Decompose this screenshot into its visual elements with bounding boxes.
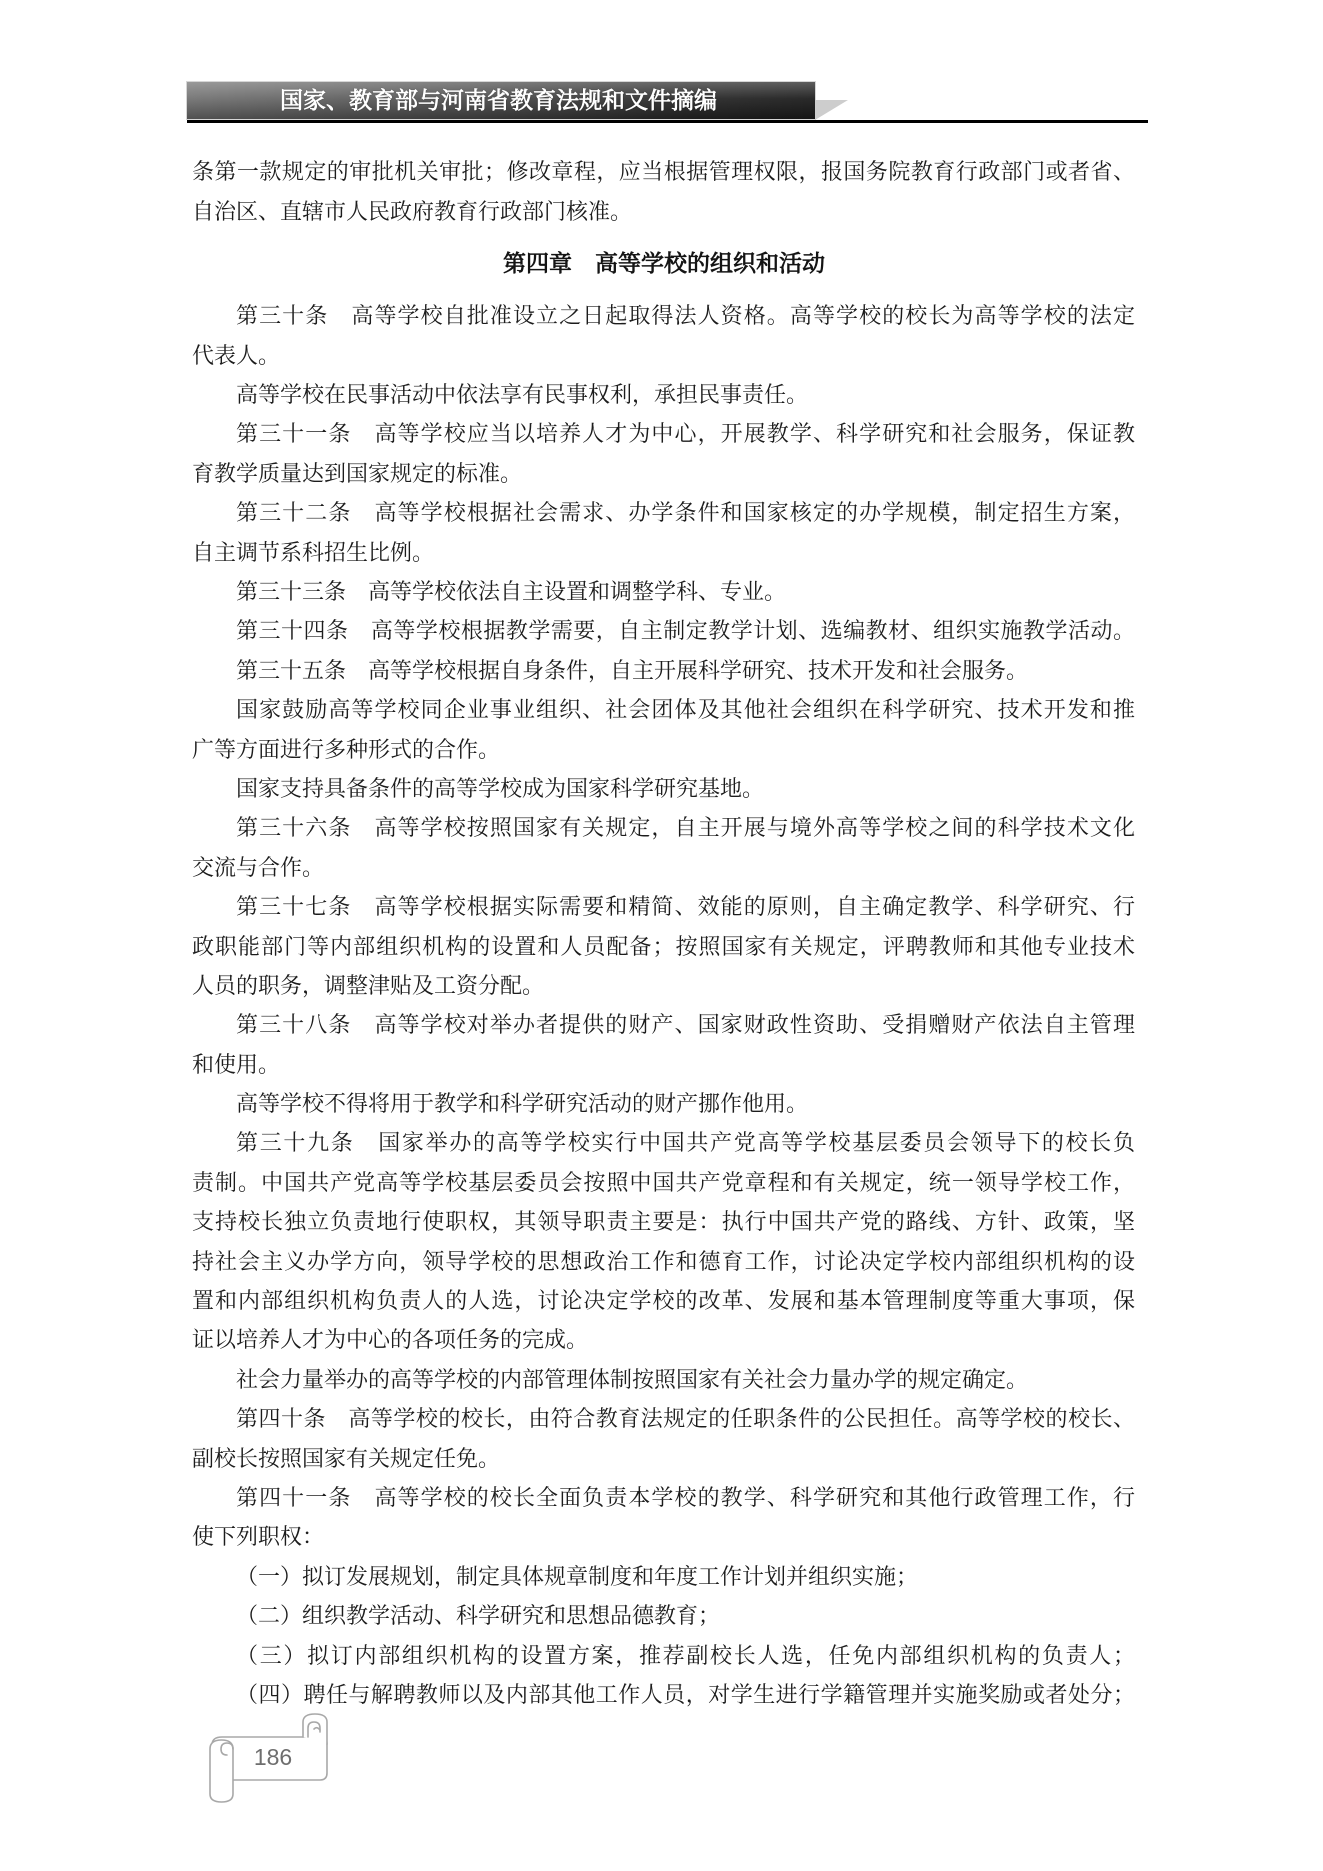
paragraph-continuation: 条第一款规定的审批机关审批；修改章程，应当根据管理权限，报国务院教育行政部门或者… [192, 153, 1135, 232]
paragraph-article-41: 第四十一条 高等学校的校长全面负责本学校的教学、科学研究和其他行政管理工作，行 … [192, 1479, 1135, 1558]
header-fold-decoration [815, 100, 849, 121]
paragraph-article-37: 第三十七条 高等学校根据实际需要和精简、效能的原则，自主确定教学、科学研究、行 … [192, 888, 1135, 1006]
text-line: 证以培养人才为中心的各项任务的完成。 [192, 1321, 1135, 1360]
text-line: 育教学质量达到国家规定的标准。 [192, 455, 1135, 494]
text-line: 人员的职务，调整津贴及工资分配。 [192, 967, 1135, 1006]
paragraph-article-38: 第三十八条 高等学校对举办者提供的财产、国家财政性资助、受捐赠财产依法自主管理 … [192, 1006, 1135, 1085]
list-item: （二）组织教学活动、科学研究和思想品德教育； [192, 1597, 1135, 1636]
text-line: 第三十二条 高等学校根据社会需求、办学条件和国家核定的办学规模，制定招生方案， [192, 494, 1135, 533]
paragraph-article-34: 第三十四条 高等学校根据教学需要，自主制定教学计划、选编教材、组织实施教学活动。 [192, 612, 1135, 651]
list-item: （一）拟订发展规划，制定具体规章制度和年度工作计划并组织实施； [192, 1558, 1135, 1597]
text-line: 第三十四条 高等学校根据教学需要，自主制定教学计划、选编教材、组织实施教学活动。 [192, 612, 1135, 651]
paragraph: 国家支持具备条件的高等学校成为国家科学研究基地。 [192, 770, 1135, 809]
paragraph-article-33: 第三十三条 高等学校依法自主设置和调整学科、专业。 [192, 573, 1135, 612]
chapter-heading: 第四章 高等学校的组织和活动 [192, 232, 1135, 297]
paragraph: 高等学校不得将用于教学和科学研究活动的财产挪作他用。 [192, 1085, 1135, 1124]
paragraph-article-32: 第三十二条 高等学校根据社会需求、办学条件和国家核定的办学规模，制定招生方案， … [192, 494, 1135, 573]
paragraph-article-35: 第三十五条 高等学校根据自身条件，自主开展科学研究、技术开发和社会服务。 [192, 652, 1135, 691]
page-number: 186 [233, 1740, 313, 1774]
text-line: 第三十五条 高等学校根据自身条件，自主开展科学研究、技术开发和社会服务。 [192, 652, 1135, 691]
text-line: 第三十三条 高等学校依法自主设置和调整学科、专业。 [192, 573, 1135, 612]
text-line: 第四十一条 高等学校的校长全面负责本学校的教学、科学研究和其他行政管理工作，行 [192, 1479, 1135, 1518]
paragraph: 社会力量举办的高等学校的内部管理体制按照国家有关社会力量办学的规定确定。 [192, 1361, 1135, 1400]
text-line: 第三十六条 高等学校按照国家有关规定，自主开展与境外高等学校之间的科学技术文化 [192, 809, 1135, 848]
text-line: 国家支持具备条件的高等学校成为国家科学研究基地。 [192, 770, 1135, 809]
text-line: 国家鼓励高等学校同企业事业组织、社会团体及其他社会组织在科学研究、技术开发和推 [192, 691, 1135, 730]
paragraph-article-39: 第三十九条 国家举办的高等学校实行中国共产党高等学校基层委员会领导下的校长负 责… [192, 1124, 1135, 1360]
text-line: 交流与合作。 [192, 849, 1135, 888]
document-body: 条第一款规定的审批机关审批；修改章程，应当根据管理权限，报国务院教育行政部门或者… [192, 153, 1135, 1715]
text-line: 责制。中国共产党高等学校基层委员会按照中国共产党章程和有关规定，统一领导学校工作… [192, 1164, 1135, 1203]
book-title: 国家、教育部与河南省教育法规和文件摘编 [280, 82, 717, 119]
paragraph: 高等学校在民事活动中依法享有民事权利，承担民事责任。 [192, 376, 1135, 415]
text-line: 高等学校不得将用于教学和科学研究活动的财产挪作他用。 [192, 1085, 1135, 1124]
paragraph: 国家鼓励高等学校同企业事业组织、社会团体及其他社会组织在科学研究、技术开发和推 … [192, 691, 1135, 770]
text-line: （三）拟订内部组织机构的设置方案，推荐副校长人选，任免内部组织机构的负责人； [192, 1637, 1135, 1676]
text-line: 社会力量举办的高等学校的内部管理体制按照国家有关社会力量办学的规定确定。 [192, 1361, 1135, 1400]
text-line: 政职能部门等内部组织机构的设置和人员配备；按照国家有关规定，评聘教师和其他专业技… [192, 928, 1135, 967]
text-line: 广等方面进行多种形式的合作。 [192, 731, 1135, 770]
text-line: 条第一款规定的审批机关审批；修改章程，应当根据管理权限，报国务院教育行政部门或者… [192, 153, 1135, 192]
paragraph-article-36: 第三十六条 高等学校按照国家有关规定，自主开展与境外高等学校之间的科学技术文化 … [192, 809, 1135, 888]
text-line: 第三十七条 高等学校根据实际需要和精简、效能的原则，自主确定教学、科学研究、行 [192, 888, 1135, 927]
text-line: 自主调节系科招生比例。 [192, 534, 1135, 573]
text-line: 代表人。 [192, 337, 1135, 376]
paragraph-article-30: 第三十条 高等学校自批准设立之日起取得法人资格。高等学校的校长为高等学校的法定 … [192, 297, 1135, 376]
text-line: （一）拟订发展规划，制定具体规章制度和年度工作计划并组织实施； [192, 1558, 1135, 1597]
text-line: 持社会主义办学方向，领导学校的思想政治工作和德育工作，讨论决定学校内部组织机构的… [192, 1243, 1135, 1282]
text-line: 使下列职权： [192, 1518, 1135, 1557]
text-line: 支持校长独立负责地行使职权，其领导职责主要是：执行中国共产党的路线、方针、政策，… [192, 1203, 1135, 1242]
text-line: （二）组织教学活动、科学研究和思想品德教育； [192, 1597, 1135, 1636]
text-line: 第三十条 高等学校自批准设立之日起取得法人资格。高等学校的校长为高等学校的法定 [192, 297, 1135, 336]
text-line: 第三十一条 高等学校应当以培养人才为中心，开展教学、科学研究和社会服务，保证教 [192, 415, 1135, 454]
text-line: 第三十八条 高等学校对举办者提供的财产、国家财政性资助、受捐赠财产依法自主管理 [192, 1006, 1135, 1045]
text-line: 第三十九条 国家举办的高等学校实行中国共产党高等学校基层委员会领导下的校长负 [192, 1124, 1135, 1163]
list-item: （三）拟订内部组织机构的设置方案，推荐副校长人选，任免内部组织机构的负责人； [192, 1637, 1135, 1676]
paragraph-article-31: 第三十一条 高等学校应当以培养人才为中心，开展教学、科学研究和社会服务，保证教 … [192, 415, 1135, 494]
text-line: 自治区、直辖市人民政府教育行政部门核准。 [192, 193, 1135, 232]
paragraph-article-40: 第四十条 高等学校的校长，由符合教育法规定的任职条件的公民担任。高等学校的校长、… [192, 1400, 1135, 1479]
text-line: 副校长按照国家有关规定任免。 [192, 1440, 1135, 1479]
running-header-bar: 国家、教育部与河南省教育法规和文件摘编 [187, 82, 815, 119]
text-line: 和使用。 [192, 1046, 1135, 1085]
header-rule [187, 120, 1148, 123]
text-line: 置和内部组织机构负责人的人选，讨论决定学校的改革、发展和基本管理制度等重大事项，… [192, 1282, 1135, 1321]
text-line: 第四十条 高等学校的校长，由符合教育法规定的任职条件的公民担任。高等学校的校长、 [192, 1400, 1135, 1439]
text-line: 高等学校在民事活动中依法享有民事权利，承担民事责任。 [192, 376, 1135, 415]
